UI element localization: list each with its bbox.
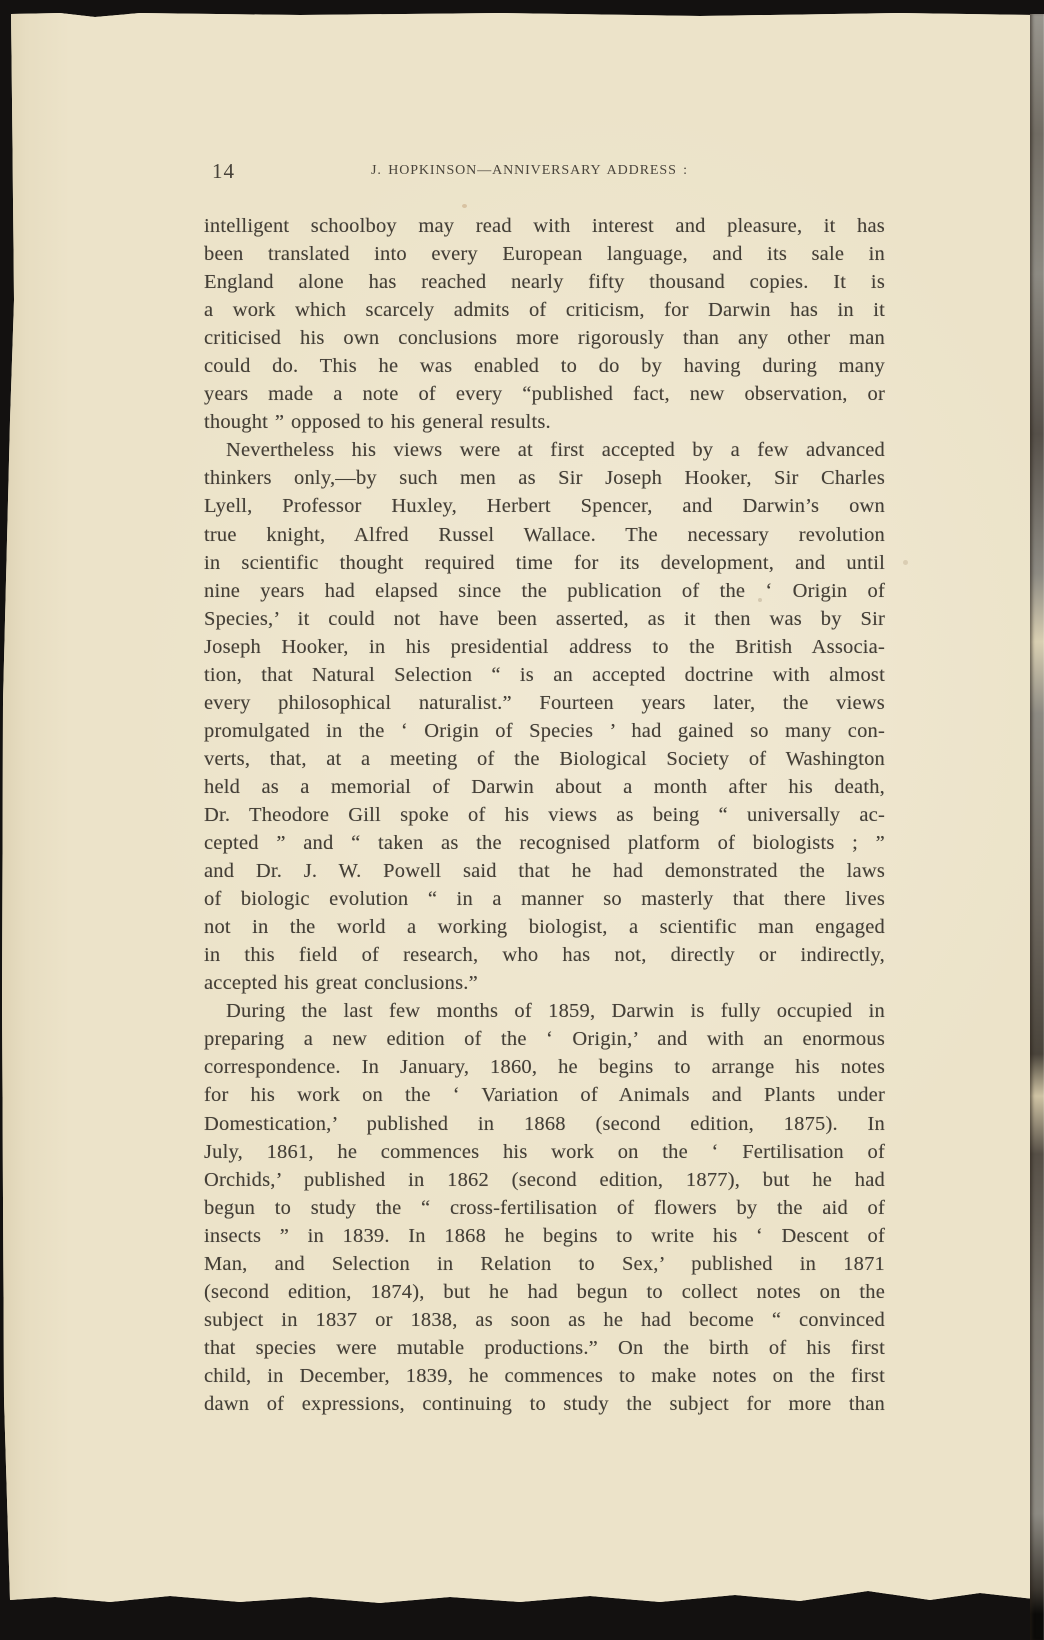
text-line: insects ” in 1839. In 1868 he begins to …: [204, 1222, 885, 1250]
paper-speck: [903, 560, 908, 565]
text-line: not in the world a working biologist, a …: [204, 913, 885, 941]
text-line: tion, that Natural Selection “ is an acc…: [204, 661, 885, 689]
text-line: correspondence. In January, 1860, he beg…: [204, 1053, 885, 1081]
page-header: 14 J. HOPKINSON—ANNIVERSARY ADDRESS :: [204, 158, 885, 188]
text-line: subject in 1837 or 1838, as soon as he h…: [204, 1306, 885, 1334]
text-line: every philosophical naturalist.” Fourtee…: [204, 689, 885, 717]
text-line: (second edition, 1874), but he had begun…: [204, 1278, 885, 1306]
body-text: intelligent schoolboy may read with inte…: [204, 212, 885, 1418]
text-line: Domestication,’ published in 1868 (secon…: [204, 1110, 885, 1138]
text-line: years made a note of every “published fa…: [204, 380, 885, 408]
text-line: verts, that, at a meeting of the Biologi…: [204, 745, 885, 773]
text-line: held as a memorial of Darwin about a mon…: [204, 773, 885, 801]
text-line: in scientific thought required time for …: [204, 549, 885, 577]
text-line: Nevertheless his views were at first acc…: [204, 436, 885, 464]
text-line: child, in December, 1839, he commences t…: [204, 1362, 885, 1390]
text-line: could do. This he was enabled to do by h…: [204, 352, 885, 380]
running-head: J. HOPKINSON—ANNIVERSARY ADDRESS :: [204, 158, 855, 179]
text-line: England alone has reached nearly fifty t…: [204, 268, 885, 296]
text-line: cepted ” and “ taken as the recognised p…: [204, 829, 885, 857]
text-line: true knight, Alfred Russel Wallace. The …: [204, 521, 885, 549]
text-line: intelligent schoolboy may read with inte…: [204, 212, 885, 240]
scanned-book-page: 14 J. HOPKINSON—ANNIVERSARY ADDRESS : in…: [0, 0, 1044, 1640]
text-line: promulgated in the ‘ Origin of Species ’…: [204, 717, 885, 745]
text-line: been translated into every European lang…: [204, 240, 885, 268]
text-line: Species,’ it could not have been asserte…: [204, 605, 885, 633]
text-line: and Dr. J. W. Powell said that he had de…: [204, 857, 885, 885]
text-line: Lyell, Professor Huxley, Herbert Spencer…: [204, 492, 885, 520]
text-line: Dr. Theodore Gill spoke of his views as …: [204, 801, 885, 829]
text-line: thinkers only,—by such men as Sir Joseph…: [204, 464, 885, 492]
text-line: a work which scarcely admits of criticis…: [204, 296, 885, 324]
text-line: July, 1861, he commences his work on the…: [204, 1138, 885, 1166]
text-line: criticised his own conclusions more rigo…: [204, 324, 885, 352]
book-pages-edge: [1030, 14, 1044, 1640]
text-line: for his work on the ‘ Variation of Anima…: [204, 1081, 885, 1109]
text-line: During the last few months of 1859, Darw…: [204, 997, 885, 1025]
text-line: dawn of expressions, continuing to study…: [204, 1390, 885, 1418]
text-line: of biologic evolution “ in a manner so m…: [204, 885, 885, 913]
text-line: accepted his great conclusions.”: [204, 969, 885, 997]
paper-speck: [462, 204, 467, 208]
text-line: in this field of research, who has not, …: [204, 941, 885, 969]
text-line: Man, and Selection in Relation to Sex,’ …: [204, 1250, 885, 1278]
text-line: that species were mutable productions.” …: [204, 1334, 885, 1362]
page-number: 14: [212, 159, 235, 184]
text-line: preparing a new edition of the ‘ Origin,…: [204, 1025, 885, 1053]
text-line: nine years had elapsed since the publica…: [204, 577, 885, 605]
text-line: Joseph Hooker, in his presidential addre…: [204, 633, 885, 661]
text-line: begun to study the “ cross-fertilisation…: [204, 1194, 885, 1222]
text-line: thought ” opposed to his general results…: [204, 408, 885, 436]
text-line: Orchids,’ published in 1862 (second edit…: [204, 1166, 885, 1194]
